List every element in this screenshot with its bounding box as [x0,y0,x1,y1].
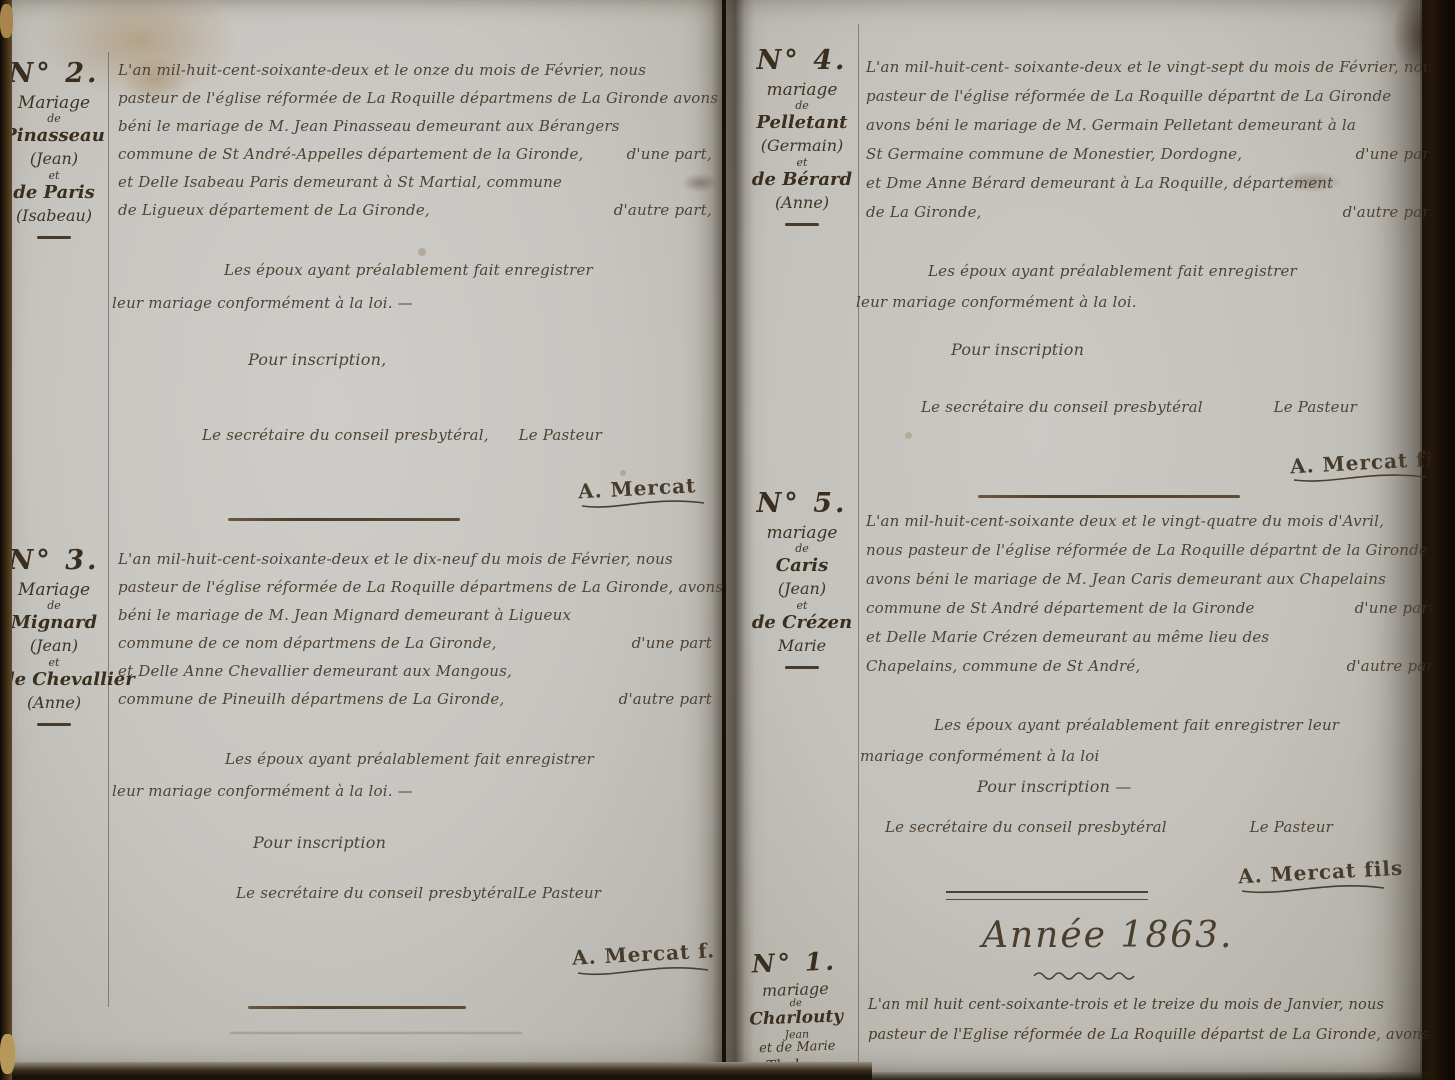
entry-5-inscription: Pour inscription — [977,777,1132,796]
body-line: L'an mil-huit-cent-soixante-deux et le o… [118,56,712,84]
entry-4-inscription: Pour inscription [951,340,1084,359]
text: pasteur de l'église réformée de La Roqui… [118,89,718,107]
separator-rule [978,495,1240,498]
entry-1-margin: N° 1. mariage de Charlouty Jean et de Ma… [740,944,852,1076]
body-line: commune de St André-Appelles département… [118,140,712,168]
entry-2-clause: Les époux ayant préalablement fait enreg… [112,254,598,320]
margin-line: de [750,100,854,111]
text: pasteur de l'église réformée de La Roqui… [118,578,723,596]
margin-dash [37,723,71,726]
margin-dash [785,223,819,226]
entry-2-signature: A. Mercat [578,476,708,510]
entry-number: N° 4. [750,42,854,80]
text: avons béni le mariage de M. Jean Caris d… [866,570,1386,588]
book-bottom-edge [872,1072,1455,1080]
body-line: nous pasteur de l'église réformée de La … [866,536,1440,565]
margin-line: (Jean) [2,148,106,170]
pastor-label: Le Pasteur [1250,818,1333,836]
body-line: de Ligueux département de La Gironde,d'a… [118,196,712,224]
text: pasteur de l'église réformée de La Roqui… [866,87,1391,105]
text: béni le mariage de M. Jean Pinasseau dem… [118,117,620,135]
year-heading: Année 1863. [982,915,1233,956]
left-binding-edge [0,0,12,1080]
secretary-label: Le secrétaire du conseil presbytéral, [202,426,489,444]
entry-number: N° 3. [2,542,106,580]
margin-line: Caris [750,554,854,578]
body-line: L'an mil-huit-cent-soixante-deux et le d… [118,545,712,573]
body-line: commune de ce nom départmens de La Giron… [118,629,712,657]
book-bottom-edge [0,1062,872,1080]
text: L'an mil-huit-cent-soixante-deux et le o… [118,61,646,79]
secretary-label: Le secrétaire du conseil presbytéral [236,884,518,902]
entry-5-signature: A. Mercat fils [1238,860,1403,896]
margin-line: et [750,157,854,168]
entry-5-clause: Les époux ayant préalablement fait enreg… [860,710,1360,772]
text: et Dme Anne Bérard demeurant à La Roquil… [866,174,1333,192]
text: commune de St André département de la Gi… [866,594,1255,623]
text: d'autre part, [614,196,712,224]
margin-dash [37,236,71,239]
text: St Germaine commune de Monestier, Dordog… [866,140,1242,169]
text: et Delle Marie Crézen demeurant au même … [866,628,1269,646]
margin-line: Mariage [2,93,106,113]
entry-4-officials: Le secrétaire du conseil presbytéral Le … [921,398,1357,416]
body-line: de La Gironde,d'autre part [866,198,1436,227]
margin-line: de Paris [2,181,106,205]
margin-line: Mignard [2,611,106,635]
text: et Delle Isabeau Paris demeurant à St Ma… [118,173,562,191]
margin-line: (Anne) [2,692,106,714]
body-line: avons béni le mariage de M. Germain Pell… [866,111,1436,140]
body-line: pasteur de l'église réformée de La Roqui… [866,82,1436,111]
margin-line: de Bérard [750,168,854,192]
squiggle-underline [1032,970,1142,980]
text: L'an mil huit cent-soixante-trois et le … [868,997,1384,1013]
register-scan: N° 2. Mariage de Pinasseau (Jean) et de … [0,0,1455,1080]
margin-line: Mariage [2,580,106,600]
entry-2-officials: Le secrétaire du conseil presbytéral, Le… [202,426,602,444]
text: commune de St André-Appelles département… [118,140,584,168]
margin-line: (Germain) [750,135,854,157]
secretary-label: Le secrétaire du conseil presbytéral [921,398,1203,416]
body-line: et Dme Anne Bérard demeurant à La Roquil… [866,169,1436,198]
entry-3-officials: Le secrétaire du conseil presbytéral Le … [236,884,596,902]
entry-3-body: L'an mil-huit-cent-soixante-deux et le d… [118,545,712,713]
year-separator-rule [946,891,1148,900]
text: pasteur de l'Eglise réformée de La Roqui… [868,1027,1429,1043]
margin-dash [785,666,819,669]
body-line: L'an mil-huit-cent-soixante deux et le v… [866,507,1440,536]
body-line: L'an mil huit cent-soixante-trois et le … [868,990,1438,1020]
text: et Delle Anne Chevallier demeurant aux M… [118,662,512,680]
body-line: et Delle Marie Crézen demeurant au même … [866,623,1440,652]
text: L'an mil-huit-cent-soixante deux et le v… [866,512,1384,530]
margin-line: de [750,543,854,554]
text: d'une part, [627,140,712,168]
margin-line: Pinasseau [2,124,106,148]
entry-3-signature: A. Mercat f. [572,942,715,978]
entry-2-inscription: Pour inscription, [248,350,386,369]
margin-line: et [2,170,106,181]
margin-line: et [750,600,854,611]
text: béni le mariage de M. Jean Mignard demeu… [118,606,571,624]
entry-number: N° 2. [2,55,106,93]
margin-line: mariage [750,80,854,100]
text: d'une part [632,629,712,657]
entry-1-body: L'an mil huit cent-soixante-trois et le … [868,990,1438,1050]
entry-4-clause: Les époux ayant préalablement fait enreg… [856,256,1364,318]
body-line: commune de Pineuilh départmens de La Gir… [118,685,712,713]
entry-3-inscription: Pour inscription [253,833,386,852]
text: d'autre part [619,685,712,713]
pastor-label: Le Pasteur [518,884,601,902]
text: de Ligueux département de La Gironde, [118,196,430,224]
bleed-through-rule [230,1032,522,1034]
margin-line: (Isabeau) [2,205,106,227]
pastor-label: Le Pasteur [1274,398,1357,416]
body-line: et Delle Isabeau Paris demeurant à St Ma… [118,168,712,196]
separator-rule [248,1006,466,1009]
text: commune de ce nom départmens de La Giron… [118,629,497,657]
entry-5-margin: N° 5. mariage de Caris (Jean) et de Créz… [750,485,854,669]
entry-2-body: L'an mil-huit-cent-soixante-deux et le o… [118,56,712,224]
text: commune de Pineuilh départmens de La Gir… [118,685,504,713]
margin-line: Marie [750,635,854,657]
margin-line: de [2,600,106,611]
entry-4-margin: N° 4. mariage de Pelletant (Germain) et … [750,42,854,226]
body-line: L'an mil-huit-cent- soixante-deux et le … [866,53,1436,82]
fox-spot [905,432,912,439]
margin-line: de Chevallier [2,668,106,692]
right-book-edge [1420,0,1455,1080]
entry-number: N° 5. [750,485,854,523]
text: avons béni le mariage de M. Germain Pell… [866,116,1356,134]
margin-line: (Jean) [750,578,854,600]
text: de La Gironde, [866,198,982,227]
margin-line: (Jean) [2,635,106,657]
separator-rule [228,518,460,521]
body-line: St Germaine commune de Monestier, Dordog… [866,140,1436,169]
margin-line: et [2,657,106,668]
margin-line: de Crézen [750,611,854,635]
body-line: commune de St André département de la Gi… [866,594,1440,623]
margin-line: de [2,113,106,124]
text: L'an mil-huit-cent- soixante-deux et le … [866,58,1441,76]
body-line: avons béni le mariage de M. Jean Caris d… [866,565,1440,594]
left-margin-rule [108,52,109,1007]
margin-line: Pelletant [750,111,854,135]
entry-3-margin: N° 3. Mariage de Mignard (Jean) et de Ch… [2,542,106,726]
entry-4-body: L'an mil-huit-cent- soixante-deux et le … [866,53,1436,227]
entry-5-officials: Le secrétaire du conseil presbytéral Le … [885,818,1333,836]
text: L'an mil-huit-cent-soixante-deux et le d… [118,550,673,568]
body-line: béni le mariage de M. Jean Pinasseau dem… [118,112,712,140]
body-line: Chapelains, commune de St André,d'autre … [866,652,1440,681]
page-gutter [712,0,754,1080]
entry-3-clause: Les époux ayant préalablement fait enreg… [112,743,598,807]
entry-5-body: L'an mil-huit-cent-soixante deux et le v… [866,507,1440,681]
body-line: et Delle Anne Chevallier demeurant aux M… [118,657,712,685]
entry-number: N° 1. [740,944,849,982]
binding-gold-fleck [0,4,13,38]
margin-line: mariage [750,523,854,543]
body-line: pasteur de l'église réformée de La Roqui… [118,573,712,601]
text: Chapelains, commune de St André, [866,652,1140,681]
pastor-label: Le Pasteur [519,426,602,444]
binding-gold-fleck [0,1034,15,1074]
text: nous pasteur de l'église réformée de La … [866,541,1428,559]
body-line: pasteur de l'Eglise réformée de La Roqui… [868,1020,1438,1050]
body-line: béni le mariage de M. Jean Mignard demeu… [118,601,712,629]
margin-line: (Anne) [750,192,854,214]
entry-2-margin: N° 2. Mariage de Pinasseau (Jean) et de … [2,55,106,239]
right-margin-rule [858,24,859,1074]
secretary-label: Le secrétaire du conseil presbytéral [885,818,1167,836]
body-line: pasteur de l'église réformée de La Roqui… [118,84,712,112]
